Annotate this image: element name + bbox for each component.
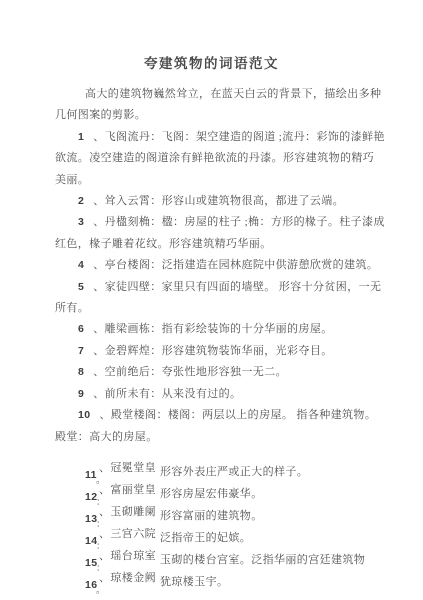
glossary-definition: 犹琼楼玉宇。 <box>160 572 228 593</box>
list-item: 3、丹楹刻桷：楹：房屋的柱子 ;桷：方形的椽子。柱子漆成红色，椽子雕着花纹。形容… <box>55 212 385 255</box>
item-number: 2 <box>78 195 84 207</box>
item-number: 4 <box>78 259 84 271</box>
item-number: 3 <box>78 216 84 228</box>
item-text: 、空前绝后：夸张性地形容独一无二。 <box>93 366 287 378</box>
glossary-table: 11 。 、冠冕堂皇 形容外表庄严或正大的样子。 12 ： 、富丽堂皇 形容房屋… <box>55 459 385 591</box>
item-text: 、耸入云霄：形容山或建筑物很高，都进了云端。 <box>93 195 344 207</box>
glossary-term: 、琼楼金阙 <box>99 568 156 589</box>
item-text: 、前所未有：从来没有过的。 <box>93 388 241 400</box>
page-title: 夸建筑物的词语范文 <box>0 0 423 72</box>
glossary-term: 、玉砌雕阑 <box>99 502 156 523</box>
numbered-item-list: 1、飞阁流丹：飞阁：架空建造的阁道 ;流丹：彩饰的漆鲜艳欲流。凌空建造的阁道涂有… <box>55 127 385 448</box>
glossary-row: 13 ： 、玉砌雕阑 形容富丽的建筑物。 <box>55 503 385 525</box>
list-item: 5、家徒四壁：家里只有四面的墙壁。 形容十分贫困，一无所有。 <box>55 277 385 320</box>
list-item: 4、亭台楼阁：泛指建造在园林庭院中供游憩欣赏的建筑。 <box>55 255 385 276</box>
glossary-row: 11 。 、冠冕堂皇 形容外表庄严或正大的样子。 <box>55 459 385 481</box>
list-item: 1、飞阁流丹：飞阁：架空建造的阁道 ;流丹：彩饰的漆鲜艳欲流。凌空建造的阁道涂有… <box>55 127 385 191</box>
list-item: 9、前所未有：从来没有过的。 <box>55 384 385 405</box>
item-text: 、亭台楼阁：泛指建造在园林庭院中供游憩欣赏的建筑。 <box>93 259 378 271</box>
glossary-term: 、瑶台琼室 <box>99 546 156 567</box>
list-item: 2、耸入云霄：形容山或建筑物很高，都进了云端。 <box>55 191 385 212</box>
list-item: 10、殿堂楼阁：楼阁：两层以上的房屋。 指各种建筑物。 殿堂：高大的房屋。 <box>55 405 385 448</box>
item-number: 6 <box>78 323 84 335</box>
glossary-term: 、富丽堂皇 <box>99 480 156 501</box>
list-item: 8、空前绝后：夸张性地形容独一无二。 <box>55 362 385 383</box>
list-item: 7、金碧辉煌：形容建筑物装饰华丽，光彩夺目。 <box>55 341 385 362</box>
item-number: 7 <box>78 345 84 357</box>
list-item: 6、雕梁画栋：指有彩绘装饰的十分华丽的房屋。 <box>55 319 385 340</box>
glossary-row: 14 ： 、三宫六院 泛指帝王的妃嫔。 <box>55 525 385 547</box>
glossary-row: 12 ： 、富丽堂皇 形容房屋宏伟豪华。 <box>55 481 385 503</box>
item-number: 1 <box>78 131 84 143</box>
glossary-term: 、三宫六院 <box>99 524 156 545</box>
document-body: 高大的建筑物巍然耸立，在蓝天白云的背景下，描绘出多种几何图案的剪影。 1、飞阁流… <box>0 72 423 591</box>
glossary-term: 、冠冕堂皇 <box>99 458 156 479</box>
glossary-row: 15 ： 、瑶台琼室 玉砌的楼台宫室。泛指华丽的宫廷建筑物 <box>55 547 385 569</box>
item-text: 、雕梁画栋：指有彩绘装饰的十分华丽的房屋。 <box>93 323 332 335</box>
document-page: 夸建筑物的词语范文 高大的建筑物巍然耸立，在蓝天白云的背景下，描绘出多种几何图案… <box>0 0 423 600</box>
item-text: 、殿堂楼阁：楼阁：两层以上的房屋。 指各种建筑物。 殿堂：高大的房屋。 <box>55 409 376 442</box>
item-text: 、飞阁流丹：飞阁：架空建造的阁道 ;流丹：彩饰的漆鲜艳欲流。凌空建造的阁道涂有鲜… <box>55 131 385 186</box>
item-text: 、丹楹刻桷：楹：房屋的柱子 ;桷：方形的椽子。柱子漆成红色，椽子雕着花纹。形容建… <box>55 216 385 249</box>
intro-paragraph: 高大的建筑物巍然耸立，在蓝天白云的背景下，描绘出多种几何图案的剪影。 <box>55 84 385 127</box>
glossary-row: 16 。 、琼楼金阙 犹琼楼玉宇。 <box>55 569 385 591</box>
item-number: 8 <box>78 366 84 378</box>
item-text: 、家徒四壁：家里只有四面的墙壁。 形容十分贫困，一无所有。 <box>55 281 381 314</box>
item-number: 10 <box>78 409 90 421</box>
item-text: 、金碧辉煌：形容建筑物装饰华丽，光彩夺目。 <box>93 345 332 357</box>
item-number: 9 <box>78 388 84 400</box>
item-number: 5 <box>78 281 84 293</box>
